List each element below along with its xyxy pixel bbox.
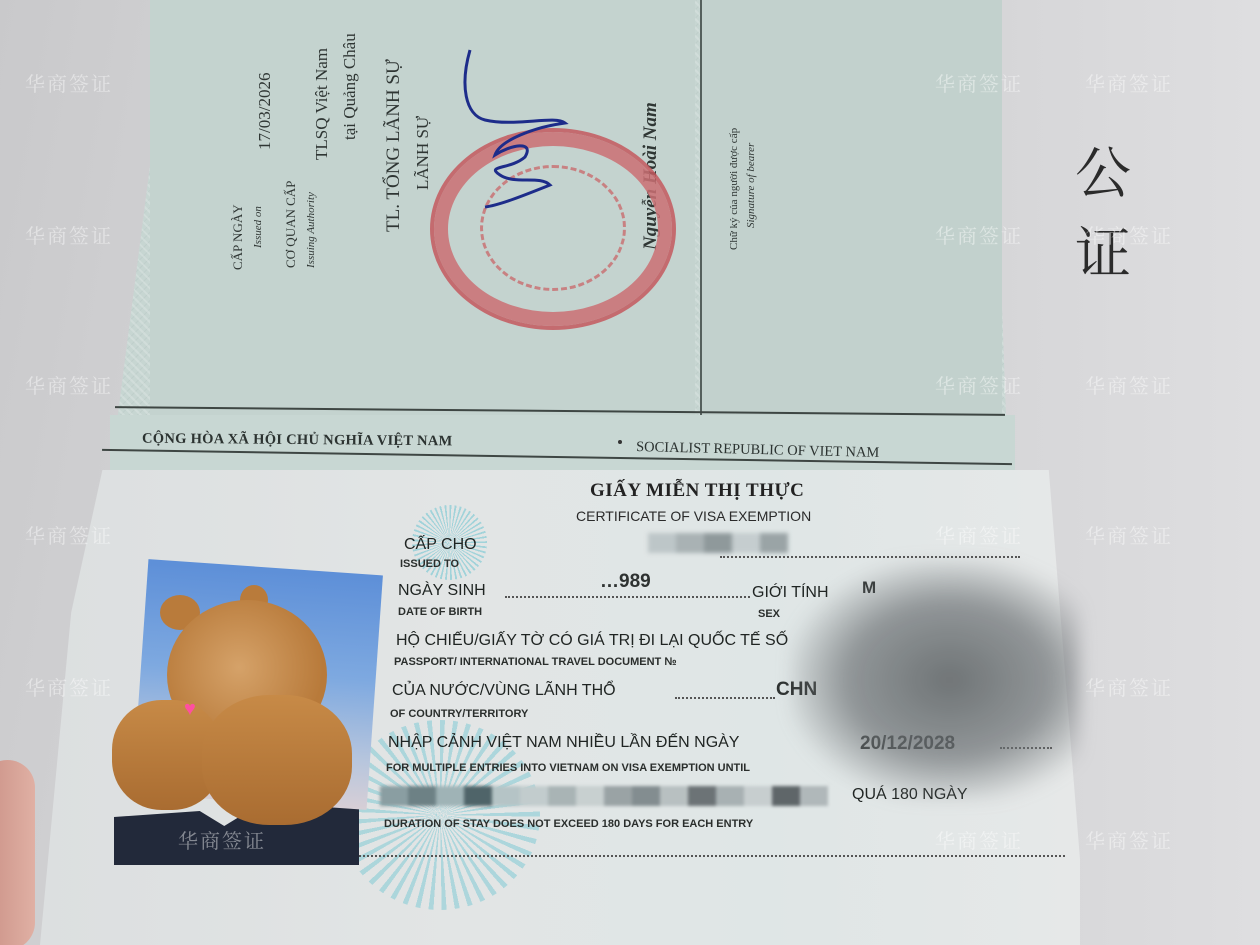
entries-label-en: FOR MULTIPLE ENTRIES INTO VIETNAM ON VIS…: [386, 762, 750, 774]
dob-label: NGÀY SINH: [398, 582, 486, 600]
issued-on-value: 17/03/2026: [255, 73, 275, 150]
certificate-subtitle: CERTIFICATE OF VISA EXEMPTION: [576, 508, 811, 524]
dob-label-en: DATE OF BIRTH: [398, 606, 482, 618]
dob-value: …989: [600, 571, 651, 593]
duration-label-en: DURATION OF STAY DOES NOT EXCEED 180 DAY…: [384, 818, 753, 830]
bearer-signature-label-en: Signature of bearer: [745, 143, 757, 228]
country-label-en: OF COUNTRY/TERRITORY: [390, 708, 528, 720]
signatory-title: TL. TỔNG LÃNH SỰ: [383, 59, 405, 232]
bearer-signature-label: Chữ ký của người được cấp: [728, 128, 740, 250]
country-line: [675, 697, 775, 699]
notary-heading: 公 证: [1075, 130, 1260, 290]
country-label: CỦA NƯỚC/VÙNG LÃNH THỔ: [392, 682, 616, 700]
issued-to-label: CẤP CHO: [404, 536, 477, 554]
authority-value: TLSQ Việt Nam: [312, 48, 332, 160]
holder-photo: ♥: [112, 565, 362, 865]
authority-label-en: Issuing Authority: [305, 192, 317, 268]
redacted-duration: [380, 786, 828, 806]
redacted-name-top: [648, 533, 788, 553]
bottom-line: [355, 855, 1065, 857]
certificate-title: GIẤY MIỄN THỊ THỰC: [590, 480, 804, 502]
issued-on-label: CẤP NGÀY: [230, 204, 246, 270]
entries-label: NHẬP CẢNH VIỆT NAM NHIỀU LẦN ĐẾN NGÀY: [388, 734, 739, 752]
signatory-sub: LÃNH SỰ: [413, 116, 433, 190]
authority-value-2: tại Quảng Châu: [340, 33, 360, 140]
sex-label-en: SEX: [758, 608, 780, 620]
separator-dot: [618, 440, 622, 444]
issued-to-label-en: ISSUED TO: [400, 558, 459, 570]
issued-on-label-en: Issued on: [252, 206, 264, 248]
issued-to-line: [720, 556, 1020, 558]
country-name-vi: CỘNG HÒA XÃ HỘI CHỦ NGHĨA VIỆT NAM: [142, 431, 453, 451]
authority-label: CƠ QUAN CẤP: [283, 181, 299, 268]
heart-icon: ♥: [184, 698, 206, 720]
redaction-smudge: [790, 560, 1080, 800]
dob-line: [505, 596, 750, 598]
finger: [0, 760, 35, 945]
passport-label: HỘ CHIẾU/GIẤY TỜ CÓ GIÁ TRỊ ĐI LẠI QUỐC …: [396, 632, 788, 650]
passport-label-en: PASSPORT/ INTERNATIONAL TRAVEL DOCUMENT …: [394, 656, 677, 668]
signature: [455, 45, 585, 215]
bear-arm-right: [202, 695, 352, 825]
